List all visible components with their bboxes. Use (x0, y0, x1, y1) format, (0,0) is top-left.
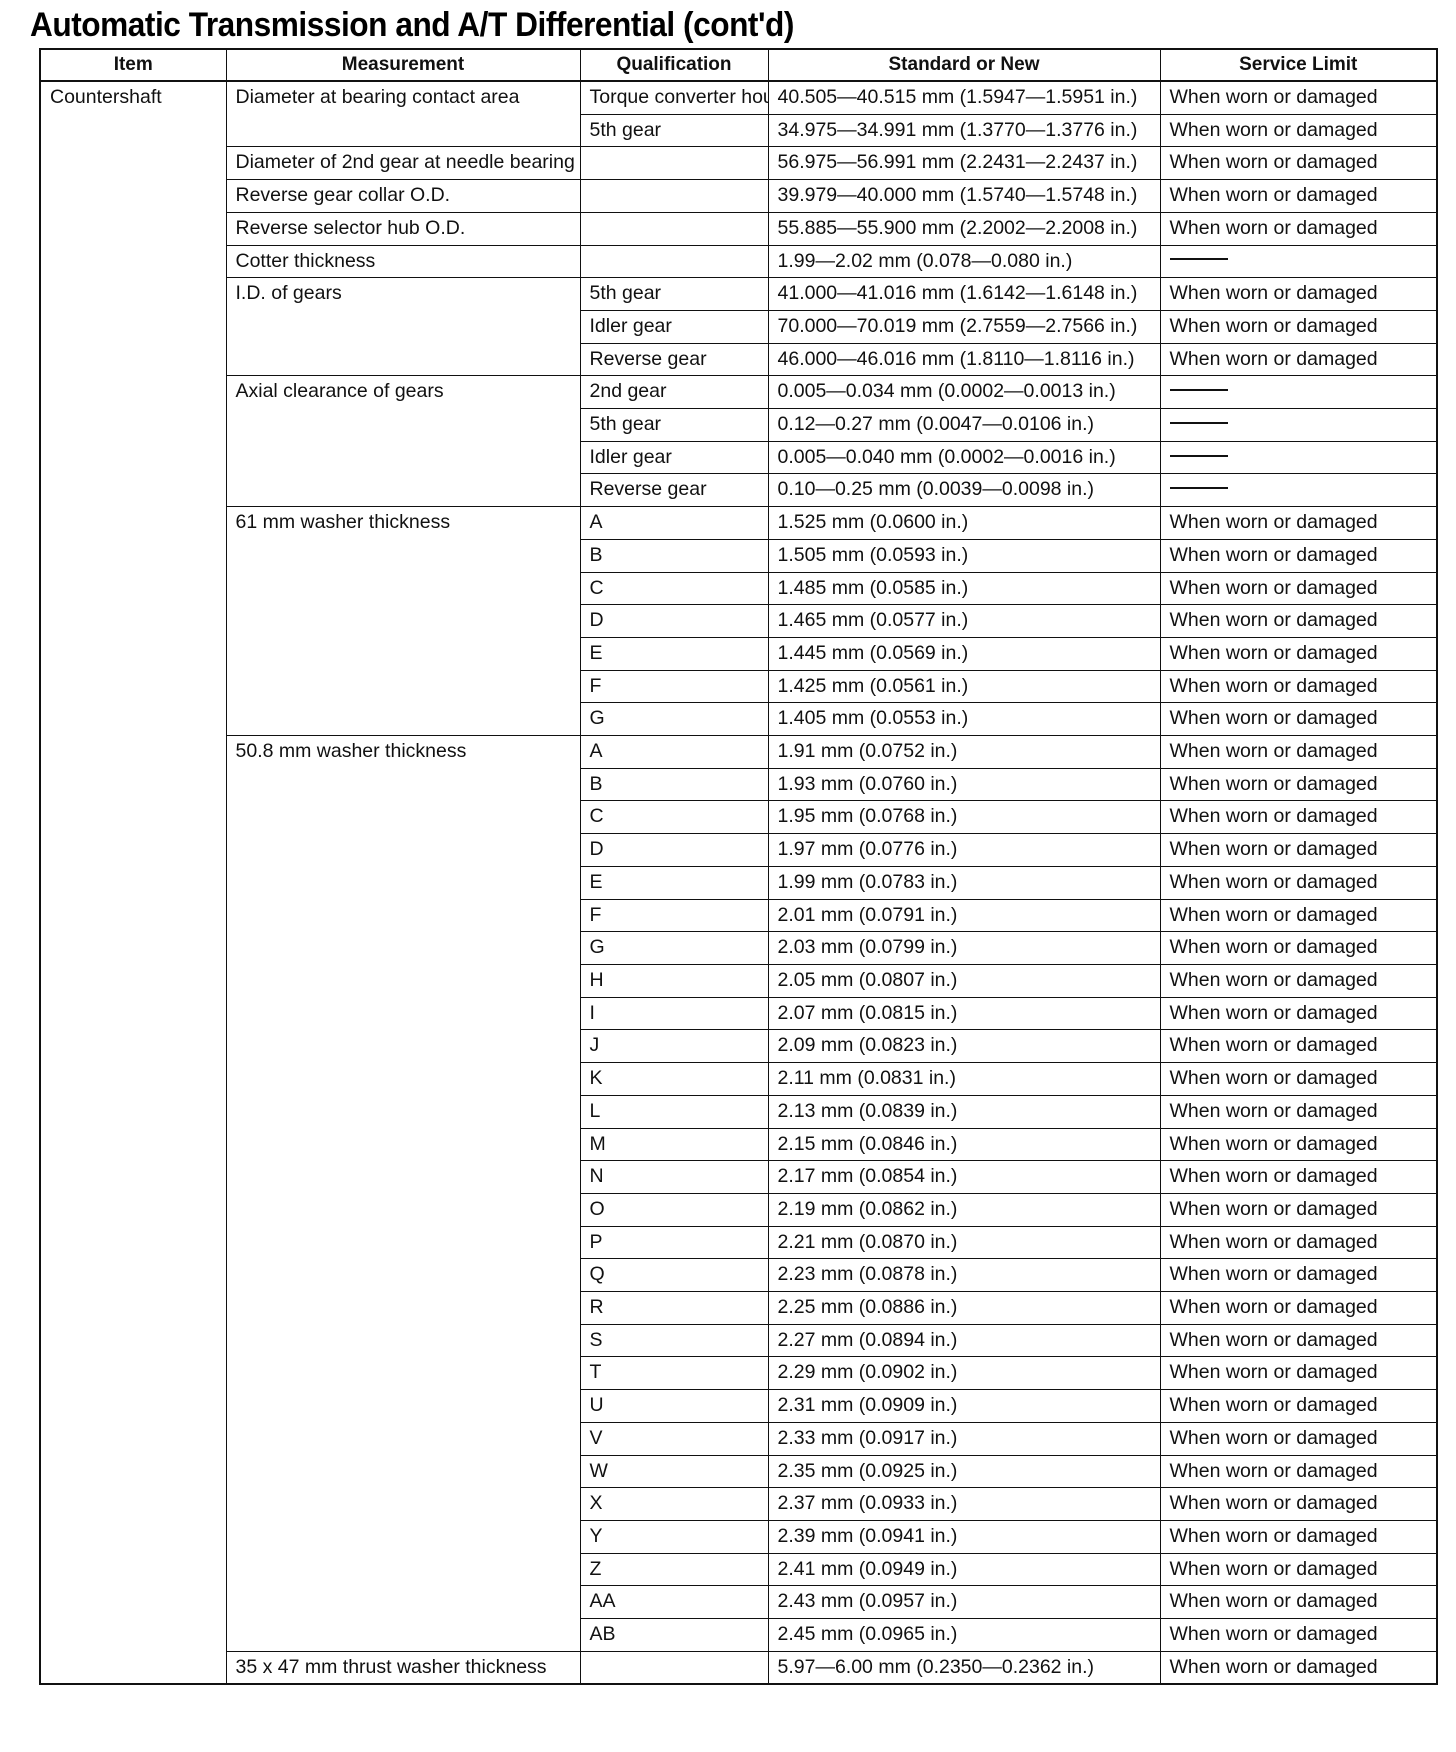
measurement-cell: Cotter thickness (226, 245, 580, 278)
qualification-cell: J (580, 1030, 768, 1063)
service-limit-cell: When worn or damaged (1160, 539, 1437, 572)
table-header-row: Item Measurement Qualification Standard … (40, 49, 1437, 81)
standard-cell: 1.465 mm (0.0577 in.) (768, 605, 1160, 638)
standard-cell: 2.11 mm (0.0831 in.) (768, 1063, 1160, 1096)
measurement-cell: Reverse gear collar O.D. (226, 180, 580, 213)
service-limit-cell: When worn or damaged (1160, 114, 1437, 147)
qualification-cell: B (580, 768, 768, 801)
table-row: 35 x 47 mm thrust washer thickness5.97—6… (40, 1651, 1437, 1684)
qualification-cell: C (580, 801, 768, 834)
qualification-cell: K (580, 1063, 768, 1096)
standard-cell: 2.07 mm (0.0815 in.) (768, 997, 1160, 1030)
qualification-cell: A (580, 507, 768, 540)
standard-cell: 2.33 mm (0.0917 in.) (768, 1422, 1160, 1455)
not-applicable-dash (1170, 455, 1228, 457)
service-limit-cell: When worn or damaged (1160, 147, 1437, 180)
standard-cell: 2.45 mm (0.0965 in.) (768, 1619, 1160, 1652)
service-limit-cell (1160, 474, 1437, 507)
not-applicable-dash (1170, 258, 1228, 260)
table-row: CountershaftDiameter at bearing contact … (40, 81, 1437, 114)
service-limit-cell: When worn or damaged (1160, 81, 1437, 114)
qualification-cell: 5th gear (580, 114, 768, 147)
qualification-cell: D (580, 834, 768, 867)
header-standard: Standard or New (768, 49, 1160, 81)
qualification-cell (580, 245, 768, 278)
standard-cell: 40.505—40.515 mm (1.5947—1.5951 in.) (768, 81, 1160, 114)
standard-cell: 2.41 mm (0.0949 in.) (768, 1553, 1160, 1586)
standard-cell: 2.37 mm (0.0933 in.) (768, 1488, 1160, 1521)
specifications-table: Item Measurement Qualification Standard … (39, 48, 1438, 1685)
qualification-cell (580, 147, 768, 180)
standard-cell: 0.12—0.27 mm (0.0047—0.0106 in.) (768, 409, 1160, 442)
service-limit-cell: When worn or damaged (1160, 1455, 1437, 1488)
standard-cell: 0.10—0.25 mm (0.0039—0.0098 in.) (768, 474, 1160, 507)
service-limit-cell: When worn or damaged (1160, 1422, 1437, 1455)
table-row: Reverse selector hub O.D.55.885—55.900 m… (40, 212, 1437, 245)
qualification-cell: Idler gear (580, 310, 768, 343)
standard-cell: 1.405 mm (0.0553 in.) (768, 703, 1160, 736)
service-limit-cell: When worn or damaged (1160, 180, 1437, 213)
standard-cell: 2.13 mm (0.0839 in.) (768, 1095, 1160, 1128)
service-limit-cell: When worn or damaged (1160, 1324, 1437, 1357)
standard-cell: 55.885—55.900 mm (2.2002—2.2008 in.) (768, 212, 1160, 245)
qualification-cell: P (580, 1226, 768, 1259)
measurement-cell: I.D. of gears (226, 278, 580, 376)
standard-cell: 1.525 mm (0.0600 in.) (768, 507, 1160, 540)
qualification-cell: Y (580, 1520, 768, 1553)
table-row: I.D. of gears5th gear41.000—41.016 mm (1… (40, 278, 1437, 311)
service-limit-cell: When worn or damaged (1160, 1226, 1437, 1259)
service-limit-cell: When worn or damaged (1160, 1161, 1437, 1194)
qualification-cell: S (580, 1324, 768, 1357)
not-applicable-dash (1170, 389, 1228, 391)
qualification-cell: B (580, 539, 768, 572)
standard-cell: 2.21 mm (0.0870 in.) (768, 1226, 1160, 1259)
standard-cell: 70.000—70.019 mm (2.7559—2.7566 in.) (768, 310, 1160, 343)
standard-cell: 1.91 mm (0.0752 in.) (768, 736, 1160, 769)
standard-cell: 0.005—0.040 mm (0.0002—0.0016 in.) (768, 441, 1160, 474)
service-limit-cell: When worn or damaged (1160, 834, 1437, 867)
service-limit-cell: When worn or damaged (1160, 212, 1437, 245)
qualification-cell: T (580, 1357, 768, 1390)
service-limit-cell: When worn or damaged (1160, 572, 1437, 605)
standard-cell: 39.979—40.000 mm (1.5740—1.5748 in.) (768, 180, 1160, 213)
standard-cell: 2.29 mm (0.0902 in.) (768, 1357, 1160, 1390)
table-row: 61 mm washer thicknessA1.525 mm (0.0600 … (40, 507, 1437, 540)
standard-cell: 2.23 mm (0.0878 in.) (768, 1259, 1160, 1292)
qualification-cell: AB (580, 1619, 768, 1652)
measurement-cell: Axial clearance of gears (226, 376, 580, 507)
service-limit-cell: When worn or damaged (1160, 1553, 1437, 1586)
header-qualification: Qualification (580, 49, 768, 81)
service-limit-cell: When worn or damaged (1160, 1259, 1437, 1292)
service-limit-cell (1160, 376, 1437, 409)
standard-cell: 2.31 mm (0.0909 in.) (768, 1390, 1160, 1423)
service-limit-cell: When worn or damaged (1160, 1520, 1437, 1553)
measurement-cell: 50.8 mm washer thickness (226, 736, 580, 1652)
standard-cell: 2.43 mm (0.0957 in.) (768, 1586, 1160, 1619)
standard-cell: 2.09 mm (0.0823 in.) (768, 1030, 1160, 1063)
service-limit-cell: When worn or damaged (1160, 899, 1437, 932)
standard-cell: 1.485 mm (0.0585 in.) (768, 572, 1160, 605)
service-limit-cell: When worn or damaged (1160, 801, 1437, 834)
standard-cell: 0.005—0.034 mm (0.0002—0.0013 in.) (768, 376, 1160, 409)
standard-cell: 1.425 mm (0.0561 in.) (768, 670, 1160, 703)
service-limit-cell (1160, 409, 1437, 442)
standard-cell: 1.99 mm (0.0783 in.) (768, 866, 1160, 899)
standard-cell: 34.975—34.991 mm (1.3770—1.3776 in.) (768, 114, 1160, 147)
standard-cell: 2.19 mm (0.0862 in.) (768, 1193, 1160, 1226)
qualification-cell: E (580, 866, 768, 899)
qualification-cell: E (580, 637, 768, 670)
header-service-limit: Service Limit (1160, 49, 1437, 81)
qualification-cell: W (580, 1455, 768, 1488)
service-limit-cell (1160, 245, 1437, 278)
service-limit-cell: When worn or damaged (1160, 1586, 1437, 1619)
standard-cell: 1.97 mm (0.0776 in.) (768, 834, 1160, 867)
standard-cell: 2.35 mm (0.0925 in.) (768, 1455, 1160, 1488)
qualification-cell: 2nd gear (580, 376, 768, 409)
qualification-cell: H (580, 964, 768, 997)
standard-cell: 1.445 mm (0.0569 in.) (768, 637, 1160, 670)
standard-cell: 1.95 mm (0.0768 in.) (768, 801, 1160, 834)
service-limit-cell: When worn or damaged (1160, 1357, 1437, 1390)
measurement-cell: 35 x 47 mm thrust washer thickness (226, 1651, 580, 1684)
qualification-cell: G (580, 932, 768, 965)
header-item: Item (40, 49, 226, 81)
qualification-cell: D (580, 605, 768, 638)
table-row: Cotter thickness1.99—2.02 mm (0.078—0.08… (40, 245, 1437, 278)
qualification-cell: I (580, 997, 768, 1030)
qualification-cell: Torque converter housing bearing (580, 81, 768, 114)
qualification-cell: Idler gear (580, 441, 768, 474)
qualification-cell: O (580, 1193, 768, 1226)
not-applicable-dash (1170, 487, 1228, 489)
qualification-cell: Reverse gear (580, 474, 768, 507)
service-limit-cell: When worn or damaged (1160, 605, 1437, 638)
measurement-cell: Reverse selector hub O.D. (226, 212, 580, 245)
qualification-cell (580, 180, 768, 213)
qualification-cell: 5th gear (580, 409, 768, 442)
standard-cell: 2.01 mm (0.0791 in.) (768, 899, 1160, 932)
service-limit-cell: When worn or damaged (1160, 736, 1437, 769)
standard-cell: 1.99—2.02 mm (0.078—0.080 in.) (768, 245, 1160, 278)
qualification-cell: U (580, 1390, 768, 1423)
measurement-cell: Diameter of 2nd gear at needle bearing c… (226, 147, 580, 180)
service-limit-cell: When worn or damaged (1160, 932, 1437, 965)
standard-cell: 5.97—6.00 mm (0.2350—0.2362 in.) (768, 1651, 1160, 1684)
measurement-cell: Diameter at bearing contact area (226, 81, 580, 147)
header-measurement: Measurement (226, 49, 580, 81)
service-limit-cell: When worn or damaged (1160, 964, 1437, 997)
qualification-cell: A (580, 736, 768, 769)
service-limit-cell: When worn or damaged (1160, 310, 1437, 343)
measurement-cell: 61 mm washer thickness (226, 507, 580, 736)
service-limit-cell: When worn or damaged (1160, 1095, 1437, 1128)
qualification-cell: L (580, 1095, 768, 1128)
service-limit-cell: When worn or damaged (1160, 1619, 1437, 1652)
qualification-cell: V (580, 1422, 768, 1455)
page-title: Automatic Transmission and A/T Different… (30, 6, 794, 45)
service-limit-cell: When worn or damaged (1160, 997, 1437, 1030)
qualification-cell: 5th gear (580, 278, 768, 311)
standard-cell: 2.15 mm (0.0846 in.) (768, 1128, 1160, 1161)
not-applicable-dash (1170, 422, 1228, 424)
service-limit-cell: When worn or damaged (1160, 278, 1437, 311)
service-limit-cell: When worn or damaged (1160, 1488, 1437, 1521)
service-limit-cell: When worn or damaged (1160, 343, 1437, 376)
service-limit-cell: When worn or damaged (1160, 1193, 1437, 1226)
standard-cell: 1.93 mm (0.0760 in.) (768, 768, 1160, 801)
item-cell: Countershaft (40, 81, 226, 1684)
service-limit-cell: When worn or damaged (1160, 670, 1437, 703)
qualification-cell: AA (580, 1586, 768, 1619)
qualification-cell: Reverse gear (580, 343, 768, 376)
standard-cell: 2.17 mm (0.0854 in.) (768, 1161, 1160, 1194)
standard-cell: 41.000—41.016 mm (1.6142—1.6148 in.) (768, 278, 1160, 311)
qualification-cell: F (580, 899, 768, 932)
qualification-cell: X (580, 1488, 768, 1521)
service-limit-cell: When worn or damaged (1160, 768, 1437, 801)
service-limit-cell: When worn or damaged (1160, 866, 1437, 899)
standard-cell: 56.975—56.991 mm (2.2431—2.2437 in.) (768, 147, 1160, 180)
qualification-cell: Z (580, 1553, 768, 1586)
service-limit-cell: When worn or damaged (1160, 637, 1437, 670)
standard-cell: 2.05 mm (0.0807 in.) (768, 964, 1160, 997)
service-limit-cell: When worn or damaged (1160, 1030, 1437, 1063)
service-limit-cell: When worn or damaged (1160, 703, 1437, 736)
service-limit-cell: When worn or damaged (1160, 1292, 1437, 1325)
table-row: Diameter of 2nd gear at needle bearing c… (40, 147, 1437, 180)
qualification-cell (580, 1651, 768, 1684)
table-row: 50.8 mm washer thicknessA1.91 mm (0.0752… (40, 736, 1437, 769)
standard-cell: 2.39 mm (0.0941 in.) (768, 1520, 1160, 1553)
service-limit-cell: When worn or damaged (1160, 1063, 1437, 1096)
qualification-cell: Q (580, 1259, 768, 1292)
service-limit-cell (1160, 441, 1437, 474)
standard-cell: 2.27 mm (0.0894 in.) (768, 1324, 1160, 1357)
table-body: CountershaftDiameter at bearing contact … (40, 81, 1437, 1684)
standard-cell: 2.03 mm (0.0799 in.) (768, 932, 1160, 965)
qualification-cell: C (580, 572, 768, 605)
table-row: Axial clearance of gears2nd gear0.005—0.… (40, 376, 1437, 409)
service-limit-cell: When worn or damaged (1160, 1390, 1437, 1423)
standard-cell: 1.505 mm (0.0593 in.) (768, 539, 1160, 572)
qualification-cell (580, 212, 768, 245)
qualification-cell: G (580, 703, 768, 736)
service-limit-cell: When worn or damaged (1160, 1651, 1437, 1684)
qualification-cell: N (580, 1161, 768, 1194)
qualification-cell: F (580, 670, 768, 703)
qualification-cell: M (580, 1128, 768, 1161)
standard-cell: 46.000—46.016 mm (1.8110—1.8116 in.) (768, 343, 1160, 376)
qualification-cell: R (580, 1292, 768, 1325)
table-row: Reverse gear collar O.D.39.979—40.000 mm… (40, 180, 1437, 213)
standard-cell: 2.25 mm (0.0886 in.) (768, 1292, 1160, 1325)
service-limit-cell: When worn or damaged (1160, 507, 1437, 540)
service-limit-cell: When worn or damaged (1160, 1128, 1437, 1161)
